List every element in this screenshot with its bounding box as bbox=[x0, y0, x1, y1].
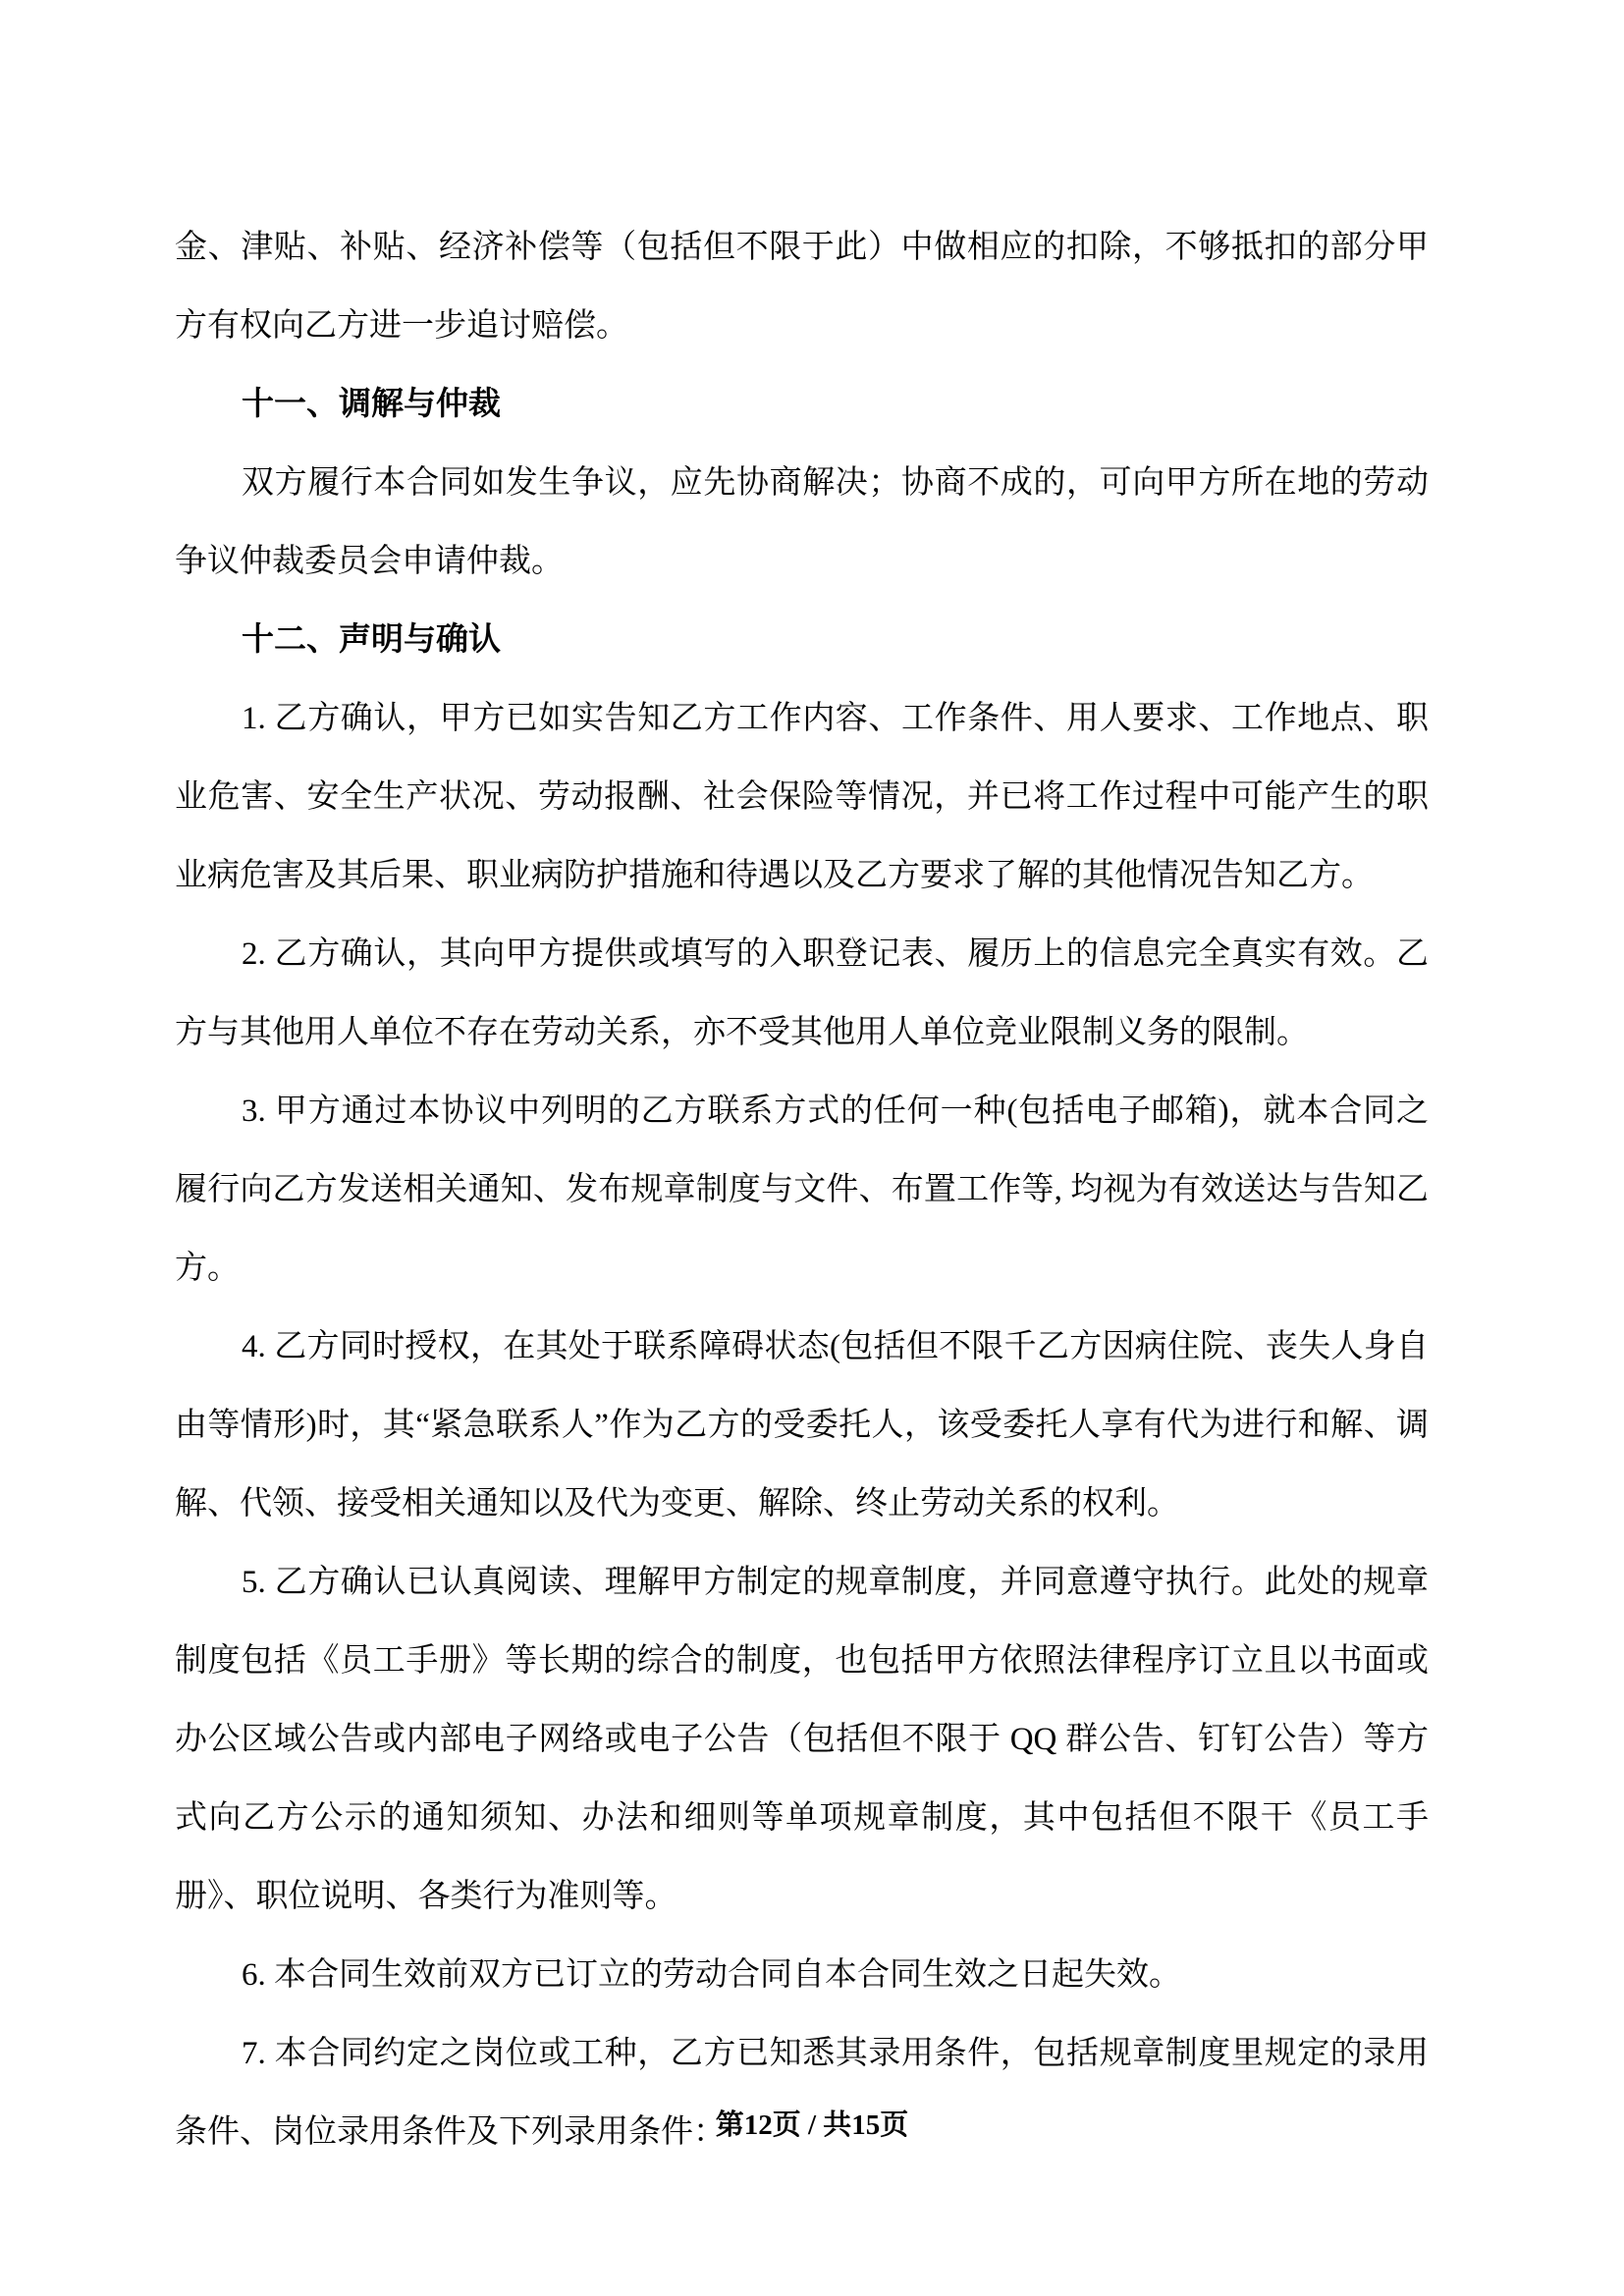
body-paragraph-item-1: 1. 乙方确认，甲方已如实告知乙方工作内容、工作条件、用人要求、工作地点、职业危… bbox=[175, 679, 1429, 915]
contract-document-page: 金、津贴、补贴、经济补偿等（包括但不限于此）中做相应的扣除，不够抵扣的部分甲方有… bbox=[0, 0, 1624, 2296]
section-heading-11: 十一、调解与仲裁 bbox=[175, 365, 1429, 444]
body-paragraph-item-3: 3. 甲方通过本协议中列明的乙方联系方式的任何一种(包括电子邮箱)，就本合同之履… bbox=[175, 1072, 1429, 1308]
body-paragraph: 金、津贴、补贴、经济补偿等（包括但不限于此）中做相应的扣除，不够抵扣的部分甲方有… bbox=[175, 208, 1429, 365]
body-paragraph: 双方履行本合同如发生争议，应先协商解决；协商不成的，可向甲方所在地的劳动争议仲裁… bbox=[175, 444, 1429, 601]
body-paragraph-item-6: 6. 本合同生效前双方已订立的劳动合同自本合同生效之日起失效。 bbox=[175, 1936, 1429, 2014]
body-paragraph-item-5: 5. 乙方确认已认真阅读、理解甲方制定的规章制度，并同意遵守执行。此处的规章制度… bbox=[175, 1543, 1429, 1936]
body-paragraph-item-2: 2. 乙方确认，其向甲方提供或填写的入职登记表、履历上的信息完全真实有效。乙方与… bbox=[175, 915, 1429, 1072]
section-heading-12: 十二、声明与确认 bbox=[175, 601, 1429, 679]
document-body: 金、津贴、补贴、经济补偿等（包括但不限于此）中做相应的扣除，不够抵扣的部分甲方有… bbox=[175, 208, 1429, 2171]
body-paragraph-item-4: 4. 乙方同时授权，在其处于联系障碍状态(包括但不限千乙方因病住院、丧失人身自由… bbox=[175, 1308, 1429, 1543]
page-number: 第12页 / 共15页 bbox=[0, 2101, 1624, 2150]
